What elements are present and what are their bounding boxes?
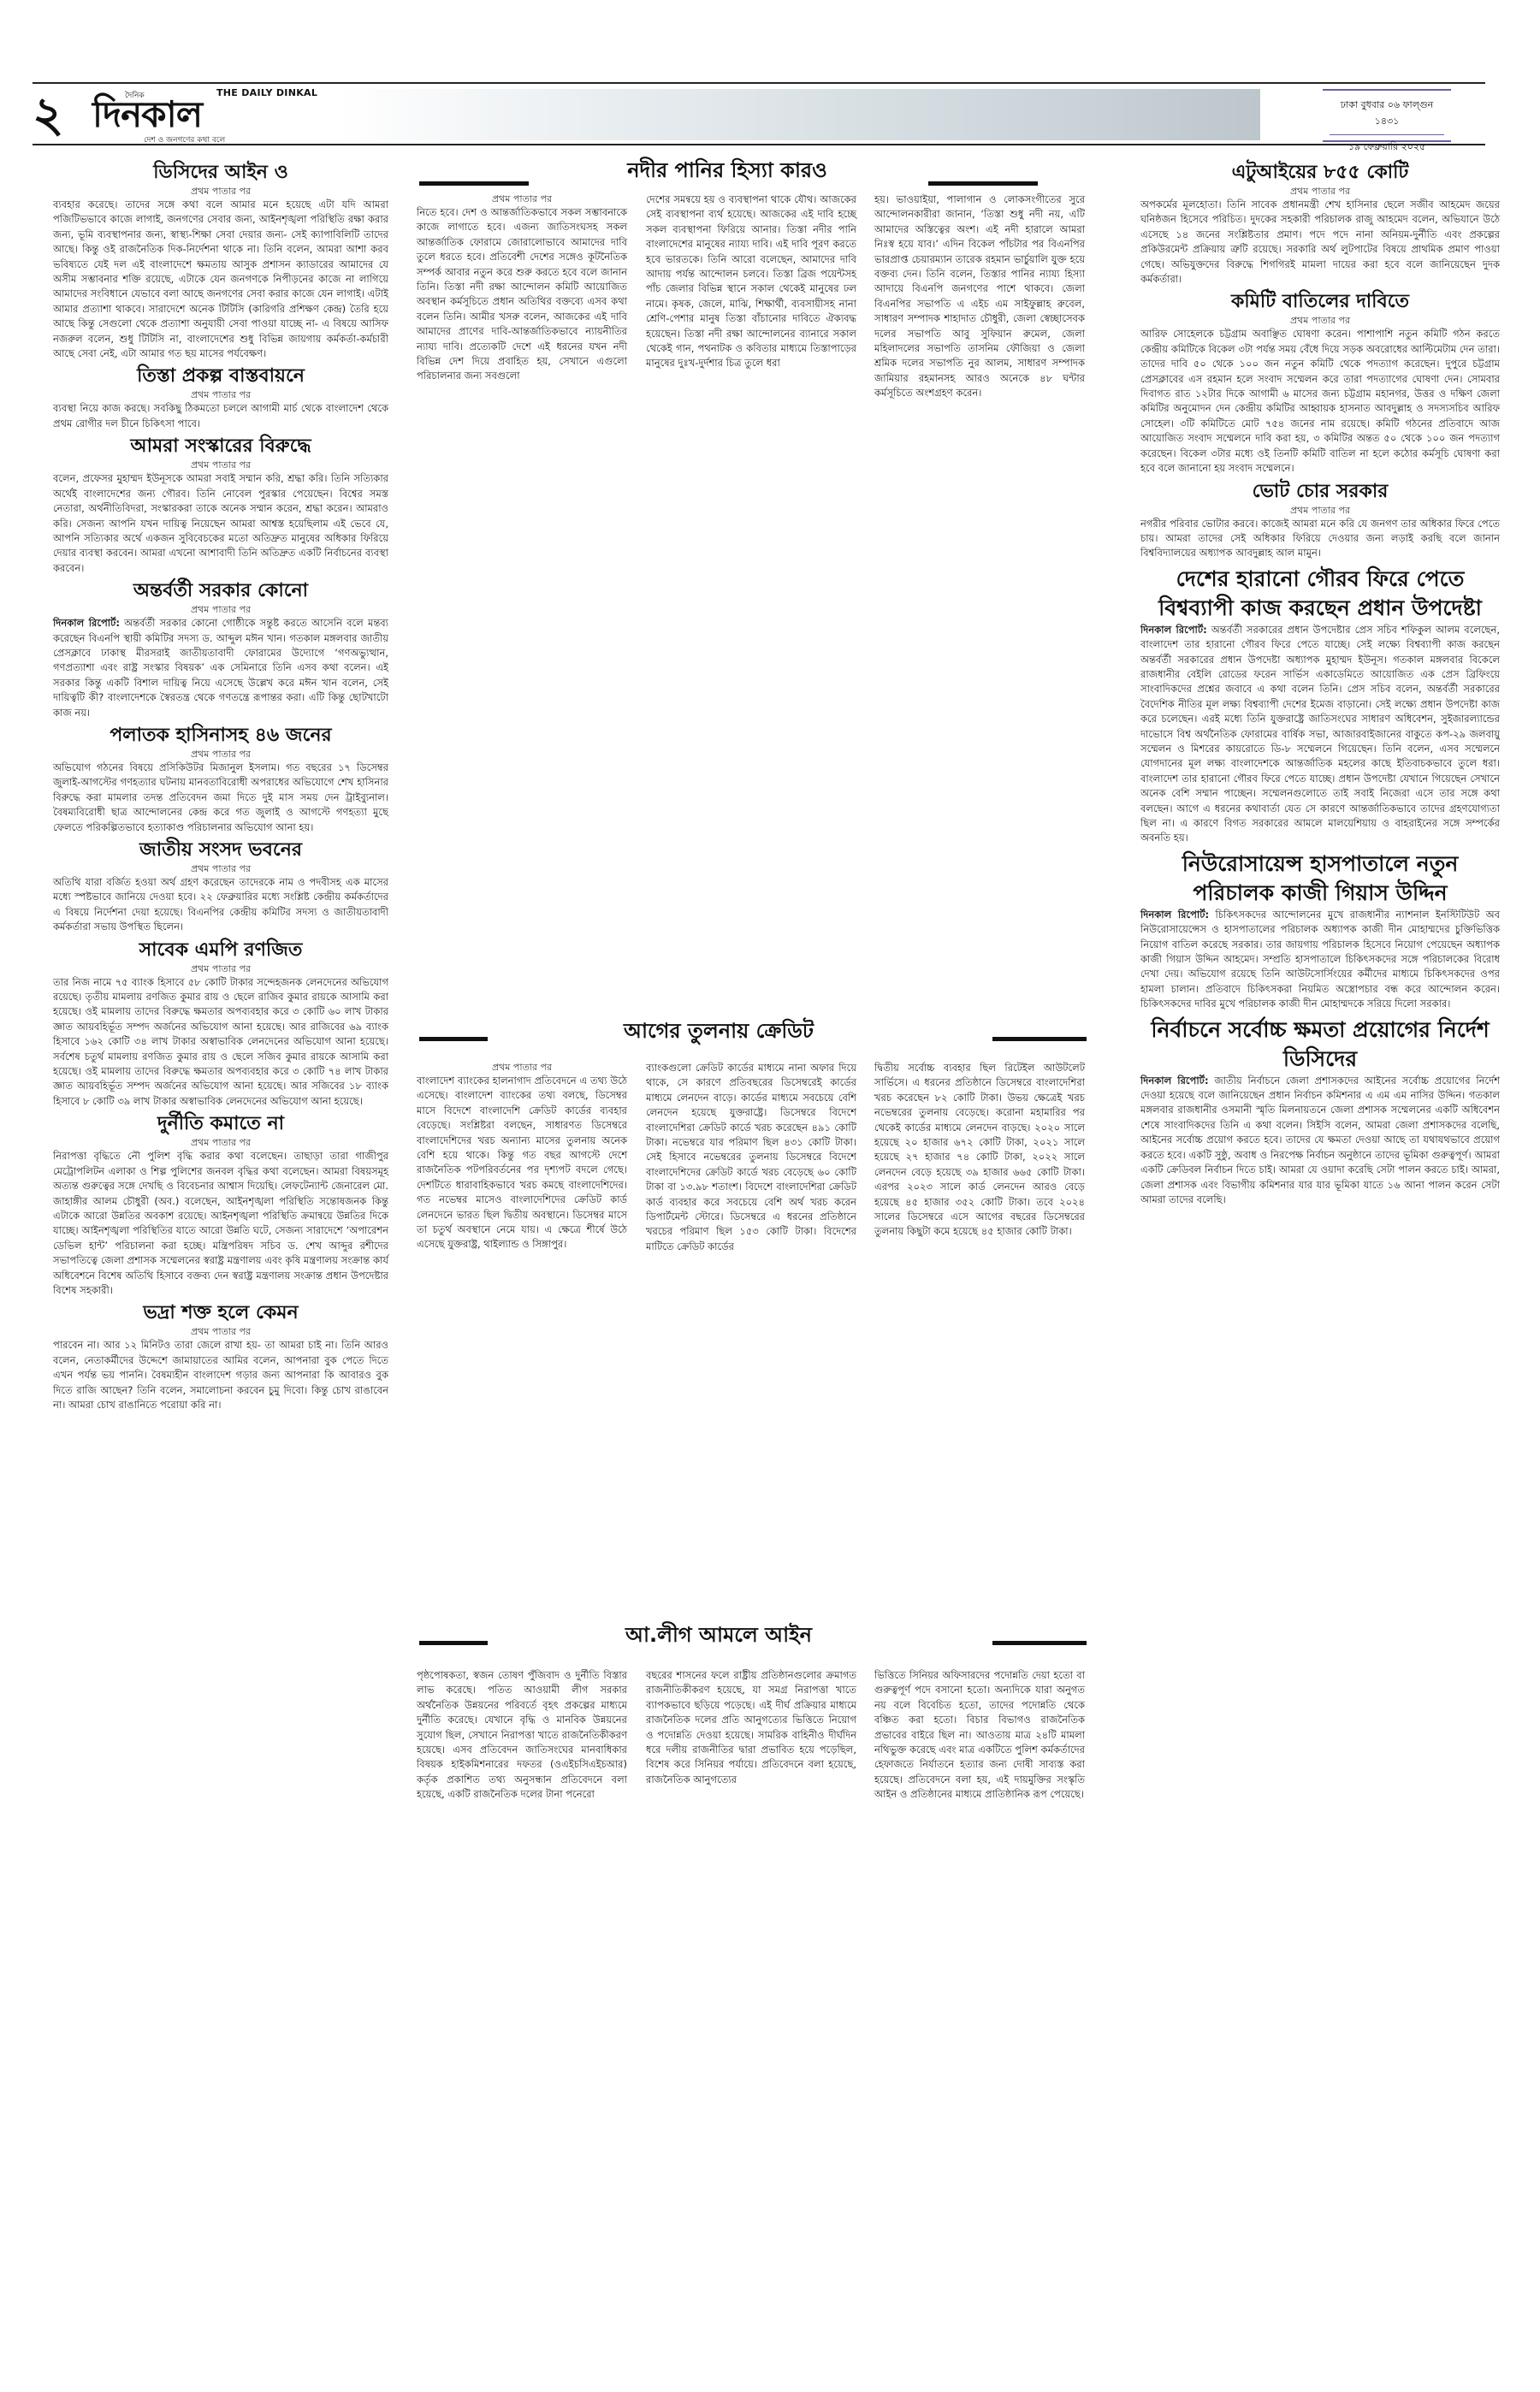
article-decency: ভদ্রা শক্ত হলে কেমন প্রথম পাতার পর পারবে…: [53, 1301, 388, 1412]
continued-label: প্রথম পাতার পর: [53, 459, 388, 471]
article-headline: নিউরোসায়েন্স হাসপাতালে নতুন পরিচালক কাজ…: [1140, 850, 1500, 908]
article-body: নিরাপত্তা বৃদ্ধিতে নৌ পুলিশ বৃদ্ধি করার …: [53, 1149, 388, 1298]
continued-label: প্রথম পাতার পর: [417, 192, 627, 205]
reporter-label: দিনকাল রিপোর্ট:: [1140, 624, 1207, 636]
article-hasina-46: পলাতক হাসিনাসহ ৪৬ জনের প্রথম পাতার পর অভ…: [53, 724, 388, 835]
continued-label: প্রথম পাতার পর: [53, 962, 388, 975]
article-body: পৃষ্ঠপোষকতা, স্বজন তোষণ পুঁজিবাদ ও দুর্ন…: [417, 1668, 627, 1803]
article-parliament-building: জাতীয় সংসদ ভবনের প্রথম পাতার পর অতিথি য…: [53, 838, 388, 935]
article-body: বলেন, প্রফেসর মুহাম্মদ ইউনূসকে আমরা সবাই…: [53, 471, 388, 576]
credit-col-1: প্রথম পাতার পর বাংলাদেশ ব্যাংকের হালনাগা…: [417, 1061, 627, 1252]
continued-label: প্রথম পাতার পর: [1140, 504, 1500, 517]
teesta-col-1: প্রথম পাতার পর নিতে হবে। দেশ ও আন্তর্জাত…: [417, 192, 627, 384]
article-interim-govt: অন্তর্বর্তী সরকার কোনো প্রথম পাতার পর দি…: [53, 579, 388, 720]
continued-label: প্রথম পাতার পর: [1140, 314, 1500, 327]
credit-col-2: ব্যাংকগুলো ক্রেডিট কার্ডের মাধ্যমে নানা …: [646, 1061, 856, 1254]
decorative-rule: [992, 1037, 1087, 1041]
continued-label: প্রথম পাতার পর: [53, 1136, 388, 1149]
awami-col-3: ভিত্তিতে সিনিয়র অফিসারদের পদোন্নতি দেয়…: [874, 1668, 1085, 1803]
teesta-col-3: হয়। ভাওয়াইয়া, পালাগান ও লোকসংগীতের সু…: [874, 192, 1085, 401]
article-reform: আমরা সংস্কারের বিরুদ্ধে প্রথম পাতার পর ব…: [53, 435, 388, 576]
article-headline: দুর্নীতি কমাতে না: [53, 1112, 388, 1136]
article-body: দেশের সমন্বয়ে হয় ও ব্যবস্থাপনা থাকে যৌ…: [646, 192, 856, 371]
article-body: তার নিজ নামে ৭৫ ব্যাংক হিসাবে ৫৮ কোটি টা…: [53, 975, 388, 1110]
decorative-rule: [419, 1641, 488, 1645]
date-box: ঢাকা বুধবার ০৬ ফাল্গুন ১৪৩১ ১৯ ফেব্রুয়া…: [1323, 89, 1451, 142]
article-body: ভিত্তিতে সিনিয়র অফিসারদের পদোন্নতি দেয়…: [874, 1668, 1085, 1803]
article-headline: ভোট চোর সরকার: [1140, 480, 1500, 504]
continued-label: প্রথম পাতার পর: [53, 388, 388, 401]
article-dc-law: ডিসিদের আইন ও প্রথম পাতার পর ব্যবহার করে…: [53, 161, 388, 361]
teesta-col-2: দেশের সমন্বয়ে হয় ও ব্যবস্থাপনা থাকে যৌ…: [646, 192, 856, 371]
article-body: হয়। ভাওয়াইয়া, পালাগান ও লোকসংগীতের সু…: [874, 192, 1085, 401]
article-headline: জাতীয় সংসদ ভবনের: [53, 838, 388, 862]
article-headline: তিস্তা প্রকল্প বাস্তবায়নে: [53, 364, 388, 388]
masthead: ২ দৈনিক THE DAILY DINKAL দিনকাল দেশ ও জন…: [33, 82, 1485, 145]
continued-label: প্রথম পাতার পর: [417, 1061, 627, 1074]
article-body: দিনকাল রিপোর্ট: জাতীয় নির্বাচনে জেলা প্…: [1140, 1074, 1500, 1208]
awami-col-1: পৃষ্ঠপোষকতা, স্বজন তোষণ পুঁজিবাদ ও দুর্ন…: [417, 1668, 627, 1803]
article-body: দিনকাল রিপোর্ট: অন্তর্বর্তী সরকারের প্রধ…: [1140, 623, 1500, 846]
logo-english-name: THE DAILY DINKAL: [216, 87, 317, 98]
reporter-label: দিনকাল রিপোর্ট:: [1140, 909, 1209, 921]
article-corruption: দুর্নীতি কমাতে না প্রথম পাতার পর নিরাপত্…: [53, 1112, 388, 1298]
article-body: ব্যাংকগুলো ক্রেডিট কার্ডের মাধ্যমে নানা …: [646, 1061, 856, 1254]
continued-label: প্রথম পাতার পর: [53, 185, 388, 198]
article-body: ব্যবহার করেছে। তাদের সঙ্গে কথা বলে আমার …: [53, 198, 388, 361]
continued-label: প্রথম পাতার পর: [53, 862, 388, 875]
article-body: নিতে হবে। দেশ ও আন্তর্জাতিকভাবে সকল সম্ভ…: [417, 205, 627, 384]
right-column: এটুআইয়ের ৮৫৫ কোটি প্রথম পাতার পর অপকর্ম…: [1140, 157, 1500, 1207]
continued-label: প্রথম পাতার পর: [53, 1325, 388, 1338]
article-headline: ডিসিদের আইন ও: [53, 161, 388, 185]
article-headline: অন্তর্বর্তী সরকার কোনো: [53, 579, 388, 603]
article-former-mp-ranajit: সাবেক এমপি রণজিত প্রথম পাতার পর তার নিজ …: [53, 938, 388, 1110]
article-body: বাংলাদেশ ব্যাংকের হালনাগাদ প্রতিবেদনে এ …: [417, 1074, 627, 1252]
article-headline: কমিটি বাতিলের দাবিতে: [1140, 290, 1500, 314]
page-number: ২: [33, 91, 63, 139]
article-a2i-855-crore: এটুআইয়ের ৮৫৫ কোটি প্রথম পাতার পর অপকর্ম…: [1140, 161, 1500, 287]
article-headline: ভদ্রা শক্ত হলে কেমন: [53, 1301, 388, 1325]
article-body: অভিযোগ গঠনের বিষয়ে প্রসিকিউটর মিজানুল ই…: [53, 761, 388, 835]
teesta-headline: নদীর পানির হিস্যা কারও: [548, 157, 907, 183]
decorative-rule: [992, 1641, 1087, 1645]
article-teesta-project: তিস্তা প্রকল্প বাস্তবায়নে প্রথম পাতার প…: [53, 364, 388, 431]
continued-label: প্রথম পাতার পর: [53, 748, 388, 761]
credit-col-3: দ্বিতীয় সর্বোচ্চ ব্যবহার ছিল রিটেইল আউট…: [874, 1061, 1085, 1240]
awami-col-2: বছরের শাসনের ফলে রাষ্ট্রীয় প্রতিষ্ঠানগু…: [646, 1668, 856, 1787]
credit-headline: আগের তুলনায় ক্রেডিট: [513, 1018, 924, 1044]
continued-label: প্রথম পাতার পর: [53, 603, 388, 616]
article-body: পারবেন না। আর ১২ মিনিটও তারা জেলে রাখা হ…: [53, 1338, 388, 1412]
article-body: অতিথি যারা বর্জিত হওয়া অর্থ গ্রহণ করেছে…: [53, 875, 388, 935]
article-headline: এটুআইয়ের ৮৫৫ কোটি: [1140, 161, 1500, 185]
article-body: ব্যবস্থা নিয়ে কাজ করছে। সবকিছু ঠিকমতো চ…: [53, 401, 388, 431]
article-headline: নির্বাচনে সর্বোচ্চ ক্ষমতা প্রয়োগের নির্…: [1140, 1015, 1500, 1074]
article-headline: দেশের হারানো গৌরব ফিরে পেতে বিশ্বব্যাপী …: [1140, 565, 1500, 623]
continued-label: প্রথম পাতার পর: [1140, 185, 1500, 198]
article-lost-glory: দেশের হারানো গৌরব ফিরে পেতে বিশ্বব্যাপী …: [1140, 565, 1500, 846]
article-body: অপকর্মের মূলহোতা। তিনি সাবেক প্রধানমন্ত্…: [1140, 198, 1500, 287]
logo-tagline: দেশ ও জনগণের কথা বলে: [144, 133, 225, 146]
newspaper-logo: দিনকাল: [92, 96, 202, 133]
article-headline: সাবেক এমপি রণজিত: [53, 938, 388, 962]
date-english: ১৯ ফেব্রুয়ারি ২০২৫: [1323, 135, 1451, 156]
reporter-label: দিনকাল রিপোর্ট:: [1140, 1075, 1209, 1086]
awami-headline: আ.লীগ আমলে আইন: [513, 1622, 924, 1648]
article-vote-thief-govt: ভোট চোর সরকার প্রথম পাতার পর নগরীর পরিবা…: [1140, 480, 1500, 561]
article-neuroscience-hospital: নিউরোসায়েন্স হাসপাতালে নতুন পরিচালক কাজ…: [1140, 850, 1500, 1012]
decorative-rule: [419, 181, 529, 186]
article-body: বছরের শাসনের ফলে রাষ্ট্রীয় প্রতিষ্ঠানগু…: [646, 1668, 856, 1787]
masthead-gradient-band: [341, 89, 1260, 140]
article-headline: আমরা সংস্কারের বিরুদ্ধে: [53, 435, 388, 459]
article-committee-cancel: কমিটি বাতিলের দাবিতে প্রথম পাতার পর আরিফ…: [1140, 290, 1500, 476]
decorative-rule: [419, 1037, 488, 1041]
decorative-rule: [928, 181, 1038, 186]
article-election-dc: নির্বাচনে সর্বোচ্চ ক্ষমতা প্রয়োগের নির্…: [1140, 1015, 1500, 1208]
reporter-label: দিনকাল রিপোর্ট:: [53, 617, 120, 629]
article-body: দিনকাল রিপোর্ট: অন্তর্বর্তী সরকার কোনো গ…: [53, 616, 388, 720]
date-bangla: ঢাকা বুধবার ০৬ ফাল্গুন ১৪৩১: [1330, 91, 1444, 135]
left-column: ডিসিদের আইন ও প্রথম পাতার পর ব্যবহার করে…: [53, 157, 388, 1412]
article-body: আরিফ সোহেলকে চট্টগ্রাম অবাঞ্ছিত ঘোষণা কর…: [1140, 327, 1500, 476]
article-body: দ্বিতীয় সর্বোচ্চ ব্যবহার ছিল রিটেইল আউট…: [874, 1061, 1085, 1240]
article-body: নগরীর পরিবার ভোটার করবে। কাজেই আমরা মনে …: [1140, 517, 1500, 561]
article-body: দিনকাল রিপোর্ট: চিকিৎসকদের আন্দোলনের মুখ…: [1140, 908, 1500, 1012]
article-headline: পলাতক হাসিনাসহ ৪৬ জনের: [53, 724, 388, 748]
